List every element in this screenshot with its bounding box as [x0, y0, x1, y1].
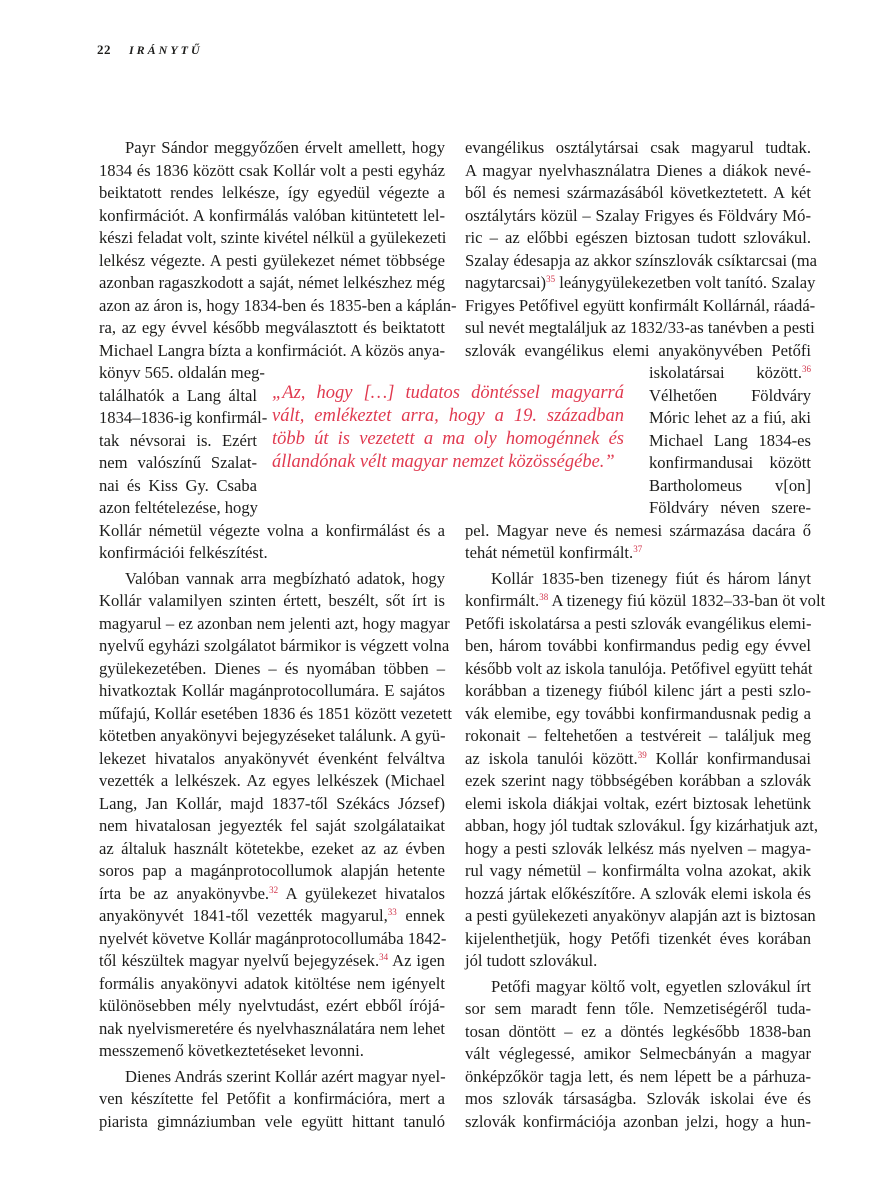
text-line: műfajú, Kollár esetében 1836 és 1851 köz…	[99, 703, 445, 726]
text-line: piarista gimnáziumban vele együtt hittan…	[99, 1111, 445, 1134]
text-line: ezek szerint nagy többségében korábban a…	[465, 770, 811, 793]
text-fragment: nagytarcsai)	[465, 273, 546, 292]
text-line: tosan döntött – ez a döntés legkésőbb 18…	[465, 1021, 811, 1044]
text-line: elemi iskola diákjai voltak, ezért bizto…	[465, 793, 811, 816]
text-line: Móric lehet az a fiú, aki	[649, 407, 811, 430]
left-column: Payr Sándor meggyőzően érvelt amellett, …	[99, 137, 445, 1133]
text-line: tak névsorai is. Ezért	[99, 430, 257, 453]
text-fragment: anyakönyvét 1841-től vezették magyarul,	[99, 906, 388, 925]
text-line: Földváry néven szere-	[649, 497, 811, 520]
text-fragment: Kollár konfirmandusai	[656, 749, 811, 768]
text-line: önképzőkör tagja lett, és nem lépett be …	[465, 1066, 811, 1089]
right-column: evangélikus osztálytársai csak magyarul …	[465, 137, 811, 1133]
text-fragment: ennek	[405, 906, 445, 925]
text-fragment: leánygyülekezetben volt tanító. Szalay	[559, 273, 815, 292]
text-line: Kollár valamilyen szinten értett, beszél…	[99, 590, 445, 613]
text-line: Michael Langra bízta a konfirmációt. A k…	[99, 340, 445, 363]
text-line: nyelvét követve Kollár magánprotocollumá…	[99, 928, 445, 951]
text-line: ric – az előbbi egészen biztosan tudott …	[465, 227, 811, 250]
text-fragment: A gyülekezet hivatalos	[286, 884, 446, 903]
text-line: Kollár németül végezte volna a konfirmál…	[99, 520, 445, 543]
text-line: magyarul – ez azonban nem jelenti azt, h…	[99, 613, 445, 636]
text-line: vált véglegessé, amikor Selmecbányán a m…	[465, 1043, 811, 1066]
text-line: konfirmációt. A konfirmálás valóban kitü…	[99, 205, 445, 228]
text-fragment: iskolatársai között.	[649, 363, 802, 382]
text-line: kijelenthetjük, hogy Petőfi tizenkét éve…	[465, 928, 811, 951]
text-line: a pesti gyülekezeti anyakönyv alapján az…	[465, 905, 811, 928]
text-line: kötetben anyakönyvi bejegyzéseket találu…	[99, 725, 445, 748]
text-line: lelkész végezte. A pesti gyülekezet néme…	[99, 250, 445, 273]
text-line: rul vagy németül – konfirmálta volna azo…	[465, 860, 811, 883]
text-fragment: konfirmált.	[465, 591, 539, 610]
footnote-ref[interactable]: 34	[379, 952, 388, 962]
paragraph: Dienes András szerint Kollár azért magya…	[99, 1066, 445, 1134]
text-line: Lang, Jan Kollár, majd 1837-től Székács …	[99, 793, 445, 816]
text-line: Bartholomeus v[on]	[649, 475, 811, 498]
paragraph: Payr Sándor meggyőzően érvelt amellett, …	[99, 137, 445, 565]
text-line: abban, hogy jól tudtak szlovákul. Így ki…	[465, 815, 811, 838]
text-line: nagytarcsai)35 leánygyülekezetben volt t…	[465, 272, 811, 295]
text-line: Petőfi iskolatársa a pesti szlovák evang…	[465, 613, 811, 636]
text-line: lekezet hivatalos anyakönyvét évenként f…	[99, 748, 445, 771]
footnote-ref[interactable]: 38	[539, 592, 548, 602]
text-fragment: az iskola tanulói között.	[465, 749, 638, 768]
text-line: vezették a lelkészek. Az egyes lelkészek…	[99, 770, 445, 793]
text-line: szlovák konfirmációja azonban jelzi, hog…	[465, 1111, 811, 1134]
text-line: Payr Sándor meggyőzően érvelt amellett, …	[99, 137, 445, 160]
text-line: azon az áron is, hogy 1834-ben és 1835-b…	[99, 295, 445, 318]
text-line: formális anyakönyvi adatok kitöltése nem…	[99, 973, 445, 996]
text-fragment: A tizenegy fiú közül 1832–33-ban öt volt	[551, 591, 825, 610]
text-line: konfirmált.38 A tizenegy fiú közül 1832–…	[465, 590, 811, 613]
footnote-ref[interactable]: 39	[638, 750, 647, 760]
text-line: ben, három további konfirmandus pedig eg…	[465, 635, 811, 658]
text-line: Szalay édesapja az akkor színszlovák csí…	[465, 250, 811, 273]
text-line: készi feladat volt, szinte kivétel nélkü…	[99, 227, 445, 250]
running-head: 22 IRÁNYTŰ	[97, 42, 203, 58]
text-line: azonban ragaszkodott a saját, német lelk…	[99, 272, 445, 295]
text-line: Vélhetően Földváry	[649, 385, 811, 408]
text-line: sor sem maradt fenn tőle. Nemzetiségéről…	[465, 998, 811, 1021]
text-line: konfirmációi felkészítést.	[99, 542, 445, 565]
text-line: anyakönyvét 1841-től vezették magyarul,3…	[99, 905, 445, 928]
text-line: hozzá jártak előkészítőre. A szlovák ele…	[465, 883, 811, 906]
text-fragment: től készültek magyar nyelvű bejegyzések.	[99, 951, 379, 970]
text-line: 1834 és 1836 között csak Kollár volt a p…	[99, 160, 445, 183]
text-line: Frigyes Petőfivel együtt konfirmált Koll…	[465, 295, 811, 318]
text-line: azon feltételezése, hogy	[99, 497, 257, 520]
text-line: vák elemibe, egy további konfirmandusnak…	[465, 703, 811, 726]
text-line: soros pap a magánprotocollumok alapján h…	[99, 860, 445, 883]
text-line: ven készítette fel Petőfit a konfirmáció…	[99, 1088, 445, 1111]
text-line: szlovák evangélikus elemi anyakönyvében …	[465, 340, 811, 363]
text-line: hivatkoztak Kollár magánprotocollumára. …	[99, 680, 445, 703]
text-line: különösebben mély nyelvtudást, ezért ebb…	[99, 995, 445, 1018]
text-line: Dienes András szerint Kollár azért magya…	[99, 1066, 445, 1089]
text-line: tehát németül konfirmált.37	[465, 542, 811, 565]
text-line: Kollár 1835-ben tizenegy fiút és három l…	[465, 568, 811, 591]
text-line: A magyar nyelvhasználatra Dienes a diáko…	[465, 160, 811, 183]
text-line: osztálytárs közül – Szalay Frigyes és Fö…	[465, 205, 811, 228]
text-line: később volt az iskola tanulója. Petőfive…	[465, 658, 811, 681]
text-line: Michael Lang 1834-es	[649, 430, 811, 453]
text-line: sul nevét megtaláljuk az 1832/33-as tané…	[465, 317, 811, 340]
text-line: az általuk használt kötetekbe, ezeket az…	[99, 838, 445, 861]
text-line: könyv 565. oldalán meg-	[99, 362, 257, 385]
text-line: gyülekezetében. Dienes – és nyomában töb…	[99, 658, 445, 681]
footnote-ref[interactable]: 32	[269, 885, 278, 895]
text-line: Petőfi magyar költő volt, egyetlen szlov…	[465, 976, 811, 999]
page-number: 22	[97, 42, 111, 58]
text-line: ből és nemesi származásából következtete…	[465, 182, 811, 205]
text-line: iskolatársai között.36	[649, 362, 811, 385]
text-line: evangélikus osztálytársai csak magyarul …	[465, 137, 811, 160]
journal-title: IRÁNYTŰ	[129, 43, 203, 58]
text-line: nem hivatalosan jegyezték fel saját szol…	[99, 815, 445, 838]
text-line: mos szlovák társaságba. Szlovák iskolai …	[465, 1088, 811, 1111]
paragraph: Valóban vannak arra megbízható adatok, h…	[99, 568, 445, 1063]
footnote-ref[interactable]: 33	[388, 907, 397, 917]
footnote-ref[interactable]: 37	[633, 544, 642, 554]
text-line: nem valószínű Szalat-	[99, 452, 257, 475]
text-fragment: írta be az anyakönyvbe.	[99, 884, 269, 903]
text-line: korábban a tizenegy fiúból kilenc járt a…	[465, 680, 811, 703]
text-line: pel. Magyar neve és nemesi származása da…	[465, 520, 811, 543]
footnote-ref[interactable]: 35	[546, 274, 555, 284]
footnote-ref[interactable]: 36	[802, 364, 811, 374]
text-line: Valóban vannak arra megbízható adatok, h…	[99, 568, 445, 591]
text-line: nyelvű egyházi szolgálatot bármikor is v…	[99, 635, 445, 658]
text-line: től készültek magyar nyelvű bejegyzések.…	[99, 950, 445, 973]
paragraph: evangélikus osztálytársai csak magyarul …	[465, 137, 811, 565]
text-line: hogy a pesti szlovák lelkész más nyelven…	[465, 838, 811, 861]
text-line: beiktatott rendes lelkésze, így egyedül …	[99, 182, 445, 205]
text-line: 1834–1836-ig konfirmál-	[99, 407, 257, 430]
text-line: messzemenő következtetéseket levonni.	[99, 1040, 445, 1063]
text-line: jól tudott szlovákul.	[465, 950, 811, 973]
paragraph: Petőfi magyar költő volt, egyetlen szlov…	[465, 976, 811, 1134]
text-line: az iskola tanulói között.39 Kollár konfi…	[465, 748, 811, 771]
text-line: rokonait – feltehetően a testvéreit – ta…	[465, 725, 811, 748]
text-line: írta be az anyakönyvbe.32 A gyülekezet h…	[99, 883, 445, 906]
paragraph: Kollár 1835-ben tizenegy fiút és három l…	[465, 568, 811, 973]
text-line: nak nyelvismeretére és nyelvhasználatára…	[99, 1018, 445, 1041]
text-fragment: Az igen	[392, 951, 445, 970]
text-line: konfirmandusai között	[649, 452, 811, 475]
text-line: találhatók a Lang által	[99, 385, 257, 408]
text-line: ra, az egy évvel később megválasztott és…	[99, 317, 445, 340]
text-line: nai és Kiss Gy. Csaba	[99, 475, 257, 498]
text-fragment: tehát németül konfirmált.	[465, 543, 633, 562]
